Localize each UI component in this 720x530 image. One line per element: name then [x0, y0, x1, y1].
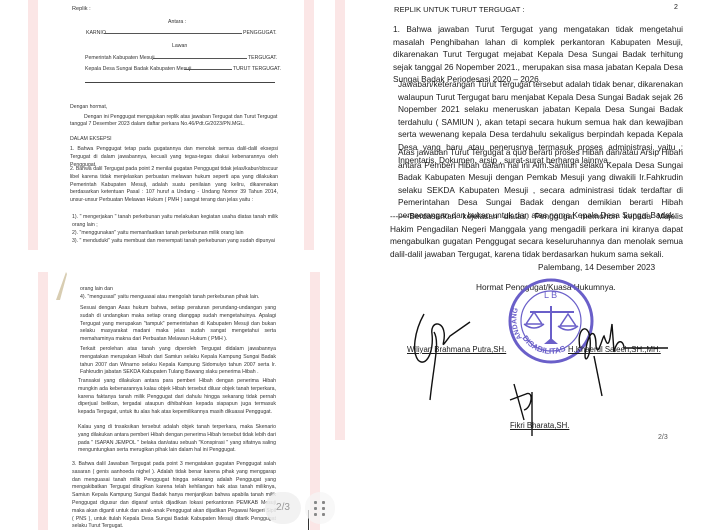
page-number: 2 — [674, 2, 678, 15]
eksepsi-sub-1: 1). " mengerjakan " tanah perkebunan yai… — [72, 214, 278, 230]
page-edge-shadow — [28, 0, 38, 250]
intro-line-2: tanggal 7 Desember 2023 dalam daftar per… — [70, 121, 245, 128]
right-item-1: 1. Bahwa jawaban Turut Tergugat yang men… — [393, 23, 683, 86]
signature-1 — [404, 312, 484, 402]
line-1: orang lain dan — [80, 286, 113, 293]
page-edge-shadow — [335, 0, 345, 440]
party3-role: TURUT TERGUGAT. — [233, 66, 281, 73]
dash-line — [153, 58, 247, 59]
grid-icon[interactable] — [305, 492, 335, 524]
paragraph-1: Sesuai dengan Asas hukum bahwa, setiap p… — [80, 305, 276, 344]
svg-text:DISABILITAS: DISABILITAS — [521, 334, 568, 356]
party1-name: KARNIO — [86, 30, 106, 37]
eksepsi-sub-2: 2). "menggunakan" yaitu memanfaatkan tan… — [72, 230, 244, 237]
paragraph-4: Kalau yang di tnsaksikan tersebut adalah… — [78, 424, 276, 455]
page-indicator[interactable]: 2/3 — [265, 492, 301, 524]
party2-name: Pemerintah Kabupaten Mesuji — [85, 55, 155, 62]
greeting: Dengan hormat, — [70, 104, 107, 111]
signer-1-name: Wiliyan Brahmana Putra,SH. — [407, 344, 506, 357]
page-edge-shadow — [304, 0, 314, 250]
page-fold-mark — [54, 272, 68, 302]
replik-turut-heading: REPLIK UNTUK TURUT TERGUGAT : — [394, 4, 525, 17]
svg-text:L B: L B — [544, 290, 557, 300]
eksepsi-item-2: 2. Bahwa dalil Tergugat pada point 2 men… — [70, 166, 278, 205]
page-edge-shadow — [38, 272, 48, 530]
signer-2-name: H.Khaerul Saleeh,SH.,MH. — [568, 344, 661, 357]
section-heading: DALAM EKSEPSI — [70, 136, 112, 143]
intro-line-1: Dengan ini Penggugat mengajukan replik a… — [84, 114, 277, 121]
party1-role: PENGGUGAT. — [243, 30, 277, 37]
signer-3-name: Fikri Bharata,SH. — [510, 420, 569, 433]
eksepsi-sub-3: 3). " menduduki" yaitu membuat dan menem… — [72, 238, 275, 245]
place-date: Palembang, 14 Desember 2023 — [538, 261, 655, 274]
footer-page-number: 2/3 — [658, 432, 668, 445]
party2-role: TERGUGAT. — [248, 55, 277, 62]
replik-heading: Replik : — [72, 6, 91, 13]
antara-label: Antara : — [168, 19, 186, 26]
party3-name: Kepala Desa Sungai Badak Kabupaten Mesuj… — [85, 66, 191, 73]
dash-line — [104, 33, 242, 34]
lawan-label: Lawan — [172, 43, 187, 50]
item-3: 3. Bahwa dalil Jawaban Tergugat pada poi… — [72, 461, 276, 530]
separator-line — [85, 82, 275, 83]
signature-2 — [572, 318, 672, 398]
dash-line — [184, 69, 232, 70]
paragraph-2: Terkait perolehan atas tanah yang dipero… — [80, 346, 276, 377]
paragraph-3: Transaksi yang dilakukan antara para pem… — [78, 378, 276, 417]
right-paragraph-3: -------Berdasarkan kejelasan diatas, Pen… — [390, 210, 683, 260]
line-2: 4). "mengusasi" yaitu menguasai atau men… — [80, 294, 259, 301]
